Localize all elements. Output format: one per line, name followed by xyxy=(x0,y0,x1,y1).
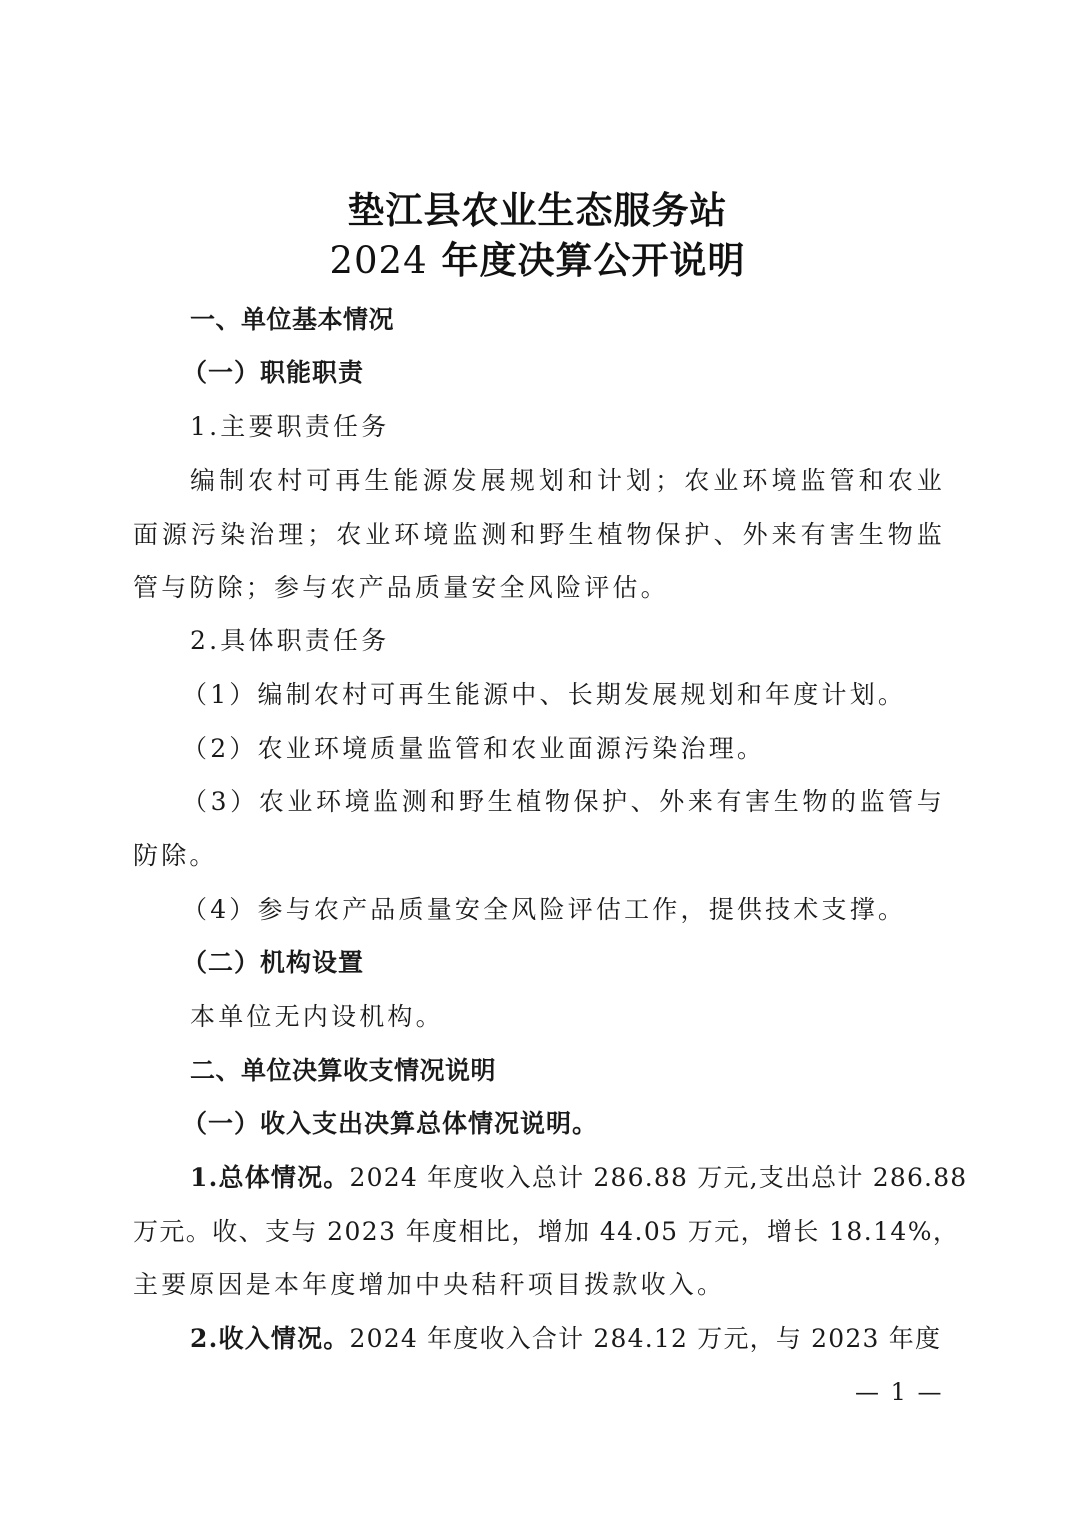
list-item: （2）农业环境质量监管和农业面源污染治理。 xyxy=(182,732,937,766)
document-page: 垫江县农业生态服务站 2024 年度决算公开说明 一、单位基本情况 （一）职能职… xyxy=(0,0,1075,1520)
item-heading-specific-duties: 2.具体职责任务 xyxy=(190,624,945,658)
paragraph-line: 编制农村可再生能源发展规划和计划；农业环境监管和农业 xyxy=(190,464,945,498)
document-title-line2: 2024 年度决算公开说明 xyxy=(0,236,1075,285)
paragraph-line: 本单位无内设机构。 xyxy=(190,1000,945,1034)
title-year: 2024 xyxy=(329,239,427,282)
page-number: — 1 — xyxy=(855,1377,944,1407)
paragraph-line: 面源污染治理；农业环境监测和野生植物保护、外来有害生物监 xyxy=(133,518,945,552)
subsection-heading-functions: （一）职能职责 xyxy=(182,356,937,390)
paragraph-income-line1: 2.收入情况。2024 年度收入合计 284.12 万元，与 2023 年度 xyxy=(190,1322,945,1356)
paragraph-line: 主要原因是本年度增加中央秸秆项目拨款收入。 xyxy=(133,1268,945,1302)
subsection-heading-organization: （二）机构设置 xyxy=(182,946,937,980)
subsection-heading-overall: （一）收入支出决算总体情况说明。 xyxy=(182,1107,937,1141)
list-item: （3）农业环境监测和野生植物保护、外来有害生物的监管与 xyxy=(182,785,945,819)
paragraph-line: 管与防除；参与农产品质量安全风险评估。 xyxy=(133,571,945,605)
paragraph-text: 2024 年度收入总计 286.88 万元,支出总计 286.88 xyxy=(350,1163,968,1192)
list-item-continuation: 防除。 xyxy=(133,839,945,873)
paragraph-text: 2024 年度收入合计 284.12 万元，与 2023 年度 xyxy=(350,1324,942,1353)
list-item: （1）编制农村可再生能源中、长期发展规划和年度计划。 xyxy=(182,678,937,712)
document-title-line1: 垫江县农业生态服务站 xyxy=(0,186,1075,234)
paragraph-overall-line1: 1.总体情况。2024 年度收入总计 286.88 万元,支出总计 286.88 xyxy=(190,1161,945,1195)
paragraph-lead-income: 2.收入情况。 xyxy=(190,1324,350,1353)
item-heading-main-duties: 1.主要职责任务 xyxy=(190,410,945,444)
section-heading-basic-info: 一、单位基本情况 xyxy=(190,303,945,337)
list-item: （4）参与农产品质量安全风险评估工作，提供技术支撑。 xyxy=(182,893,937,927)
paragraph-lead-overall: 1.总体情况。 xyxy=(190,1163,350,1192)
title-rest: 年度决算公开说明 xyxy=(428,238,746,282)
paragraph-line: 万元。收、支与 2023 年度相比，增加 44.05 万元，增长 18.14%， xyxy=(133,1215,945,1249)
section-heading-income-expense: 二、单位决算收支情况说明 xyxy=(190,1054,945,1088)
